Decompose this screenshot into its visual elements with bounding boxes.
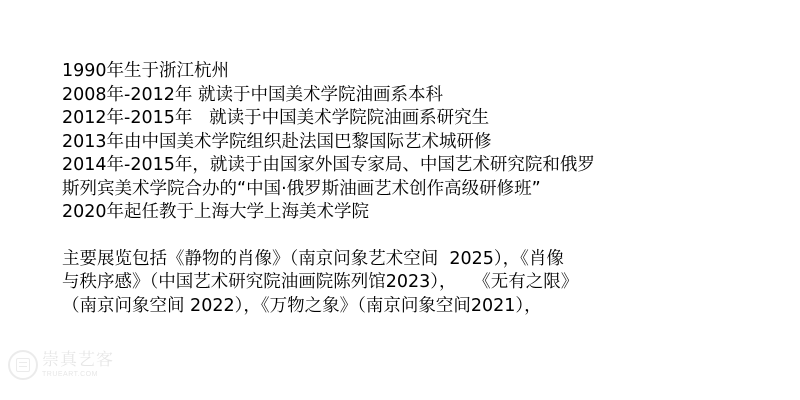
- bio-line-undergrad: 2008年-2012年 就读于中国美术学院油画系本科: [62, 84, 752, 108]
- bio-line-workshop-2: 斯列宾美术学院合办的“中国·俄罗斯油画艺术创作高级研修班”: [62, 178, 752, 202]
- bio-line-teaching: 2020年起任教于上海大学上海美术学院: [62, 201, 752, 225]
- document-icon: [8, 350, 38, 380]
- paragraph-gap: [62, 225, 752, 248]
- bio-line-birth: 1990年生于浙江杭州: [62, 60, 752, 84]
- exhibitions-line-3: （南京问象空间 2022），《万物之象》（南京问象空间2021），: [62, 295, 752, 319]
- document-body: 1990年生于浙江杭州 2008年-2012年 就读于中国美术学院油画系本科 2…: [62, 60, 752, 318]
- exhibitions-line-2: 与秩序感》（中国艺术研究院油画院陈列馆2023）， 《无有之限》: [62, 271, 752, 295]
- exhibitions-line-1: 主要展览包括《静物的肖像》（南京问象艺术空间 2025），《肖像: [62, 248, 752, 272]
- bio-line-paris: 2013年由中国美术学院组织赴法国巴黎国际艺术城研修: [62, 131, 752, 155]
- watermark-name-en: TRUEART.COM: [42, 371, 114, 378]
- bio-line-workshop-1: 2014年-2015年，就读于由国家外国专家局、中国艺术研究院和俄罗: [62, 154, 752, 178]
- watermark-name-cn: 崇真艺客: [42, 352, 114, 369]
- biography-section: 1990年生于浙江杭州 2008年-2012年 就读于中国美术学院油画系本科 2…: [62, 60, 752, 225]
- watermark-text: 崇真艺客 TRUEART.COM: [42, 352, 114, 378]
- exhibitions-section: 主要展览包括《静物的肖像》（南京问象艺术空间 2025），《肖像 与秩序感》（中…: [62, 248, 752, 319]
- bio-line-graduate: 2012年-2015年 就读于中国美术学院院油画系研究生: [62, 107, 752, 131]
- watermark: 崇真艺客 TRUEART.COM: [8, 350, 114, 380]
